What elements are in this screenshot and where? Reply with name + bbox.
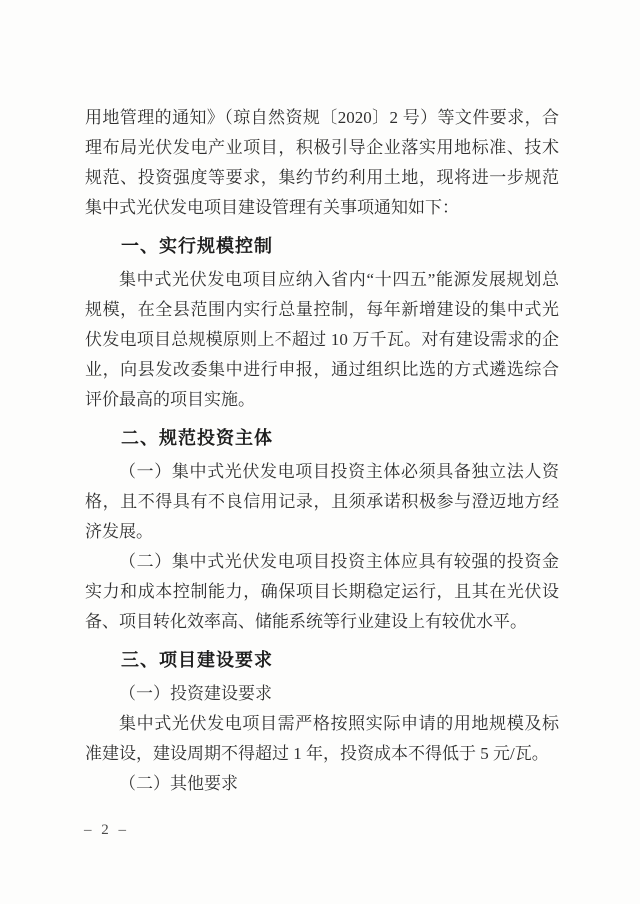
paragraph-investor-item-2: （二）集中式光伏发电项目投资主体应具有较强的投资金实力和成本控制能力，确保项目长…: [85, 547, 559, 637]
paragraph-continuation: 用地管理的通知》（琼自然资规〔2020〕2 号）等文件要求，合理布局光伏发电产业…: [85, 103, 559, 223]
page-number: – 2 –: [84, 820, 129, 840]
document-content: 用地管理的通知》（琼自然资规〔2020〕2 号）等文件要求，合理布局光伏发电产业…: [85, 103, 559, 799]
document-page: 用地管理的通知》（琼自然资规〔2020〕2 号）等文件要求，合理布局光伏发电产业…: [0, 0, 640, 904]
paragraph-construction-requirements: 集中式光伏发电项目需严格按照实际申请的用地规模及标准建设，建设周期不得超过 1 …: [85, 709, 559, 769]
section-heading-3: 三、项目建设要求: [85, 645, 559, 675]
paragraph-investor-item-1: （一）集中式光伏发电项目投资主体必须具备独立法人资格，且不得具有不良信用记录，且…: [85, 457, 559, 547]
section-heading-2: 二、规范投资主体: [85, 423, 559, 453]
paragraph-scale-control: 集中式光伏发电项目应纳入省内“十四五”能源发展规划总规模，在全县范围内实行总量控…: [85, 265, 559, 415]
sub-heading-investment-requirements: （一）投资建设要求: [85, 679, 559, 709]
sub-heading-other-requirements: （二）其他要求: [85, 769, 559, 799]
section-heading-1: 一、实行规模控制: [85, 231, 559, 261]
